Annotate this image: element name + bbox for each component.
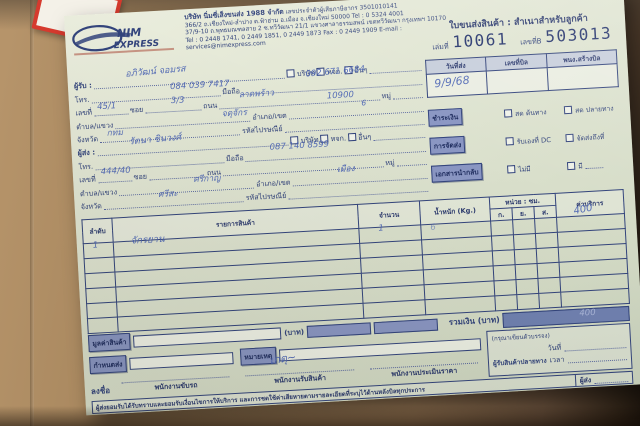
hw-recipient-house: 45/1 [97, 102, 117, 112]
pickup-dc-option: รับเองที่ DC [505, 133, 566, 147]
hw-recipient-district: จตุจักร [222, 109, 248, 119]
postcode-label: รหัสไปรษณีย์ [245, 192, 286, 202]
sender-moo-line [396, 157, 426, 167]
soi-label: ซอย [133, 173, 147, 182]
sticker-partial-glyph: ห้ [50, 0, 73, 4]
sender-sign-cell: ผู้ส่ง [574, 372, 632, 386]
hw-item-desc: จักรยาน [130, 235, 164, 246]
delivery-chip: การจัดส่ง [429, 135, 465, 154]
hw-recipient-soi: 3/3 [171, 96, 185, 105]
signbox-time-line [567, 352, 627, 363]
road-label: ถนน [203, 102, 218, 111]
hw-sender-province: ศรีสะ [158, 190, 178, 200]
options-panel: ชำระเงิน สด ต้นทาง สด ปลายทาง การจัดส่ง … [427, 93, 625, 188]
no-docs-option: ไม่มี [507, 161, 568, 175]
office-use-box-1 [307, 322, 372, 338]
bill-staff-cell [547, 64, 618, 91]
destination-receiver-label: ผู้รับสินค้าปลายทาง [493, 358, 547, 368]
logo-text-nim: NIM [117, 26, 142, 40]
bottom-shadow [0, 406, 640, 426]
deliver-label: จัดส่งถึงที่ [576, 131, 604, 144]
cash-dest-label: สด ปลายทาง [575, 102, 614, 115]
book-number: 10061 [452, 31, 508, 50]
sender-label: ผู้ส่ง : [77, 149, 95, 158]
payment-chip: ชำระเงิน [428, 107, 463, 126]
recipient-moo-line [393, 90, 423, 100]
office-use-box-2 [374, 318, 439, 334]
destination-receiver-box: (กรุณาเขียนตัวบรรจง) วันที่ ผู้รับสินค้า… [486, 323, 632, 377]
due-date-box [129, 352, 234, 370]
hw-item-weight: 6 [430, 224, 436, 233]
recipient-company-checkbox [287, 70, 295, 78]
has-docs-checkbox [567, 161, 575, 169]
hw-total: 400 [579, 309, 596, 318]
has-docs-option: มี [567, 157, 626, 171]
number-label: เลขที่B [520, 37, 542, 46]
signbox-date-label: วันที่ [547, 344, 561, 353]
sender-postcode-line [288, 184, 428, 200]
company-header: บริษัท นิ่มซี่เส็งขนส่ง 1988 จำกัด เลขปร… [184, 0, 448, 52]
hw-recipient-moo: 6 [361, 99, 366, 107]
other-checkbox-label: อื่นๆ [358, 133, 372, 142]
moo-label: หมู่ [385, 159, 395, 167]
province-label: จังหวัด [80, 202, 102, 211]
hw-recipient-postcode: 10900 [327, 91, 354, 101]
dispatch-info-table: วันที่ส่ง เลขที่บิล พนง.สร้างบิล [425, 49, 619, 98]
address-fields: ผู้รับ : บริษัท หจก. อื่นๆ โทร. มือถือ เ… [73, 58, 428, 211]
sum-label: รวมเงิน (บาท) [449, 316, 501, 328]
sign-label: ลงชื่อ [91, 387, 111, 397]
partnership-checkbox-label: หจก. [330, 135, 346, 144]
hw-item-qty: 1 [378, 224, 384, 233]
cash-origin-option: สด ต้นทาง [504, 105, 565, 119]
cardboard-crease [30, 0, 34, 426]
hw-recipient-province: กทม [106, 129, 123, 138]
cash-origin-checkbox [504, 109, 512, 117]
sender-sign-line [594, 374, 628, 384]
hw-sender-house: 444/40 [101, 167, 131, 177]
baht-label: (บาท) [284, 328, 304, 337]
mobile-label: มือถือ [226, 154, 244, 163]
no-docs-label: ไม่มี [518, 163, 531, 175]
return-docs-chip: เอกสารนำกลับ [431, 162, 483, 182]
deliver-checkbox [565, 133, 573, 141]
signbox-date-line [564, 340, 626, 351]
soi-label: ซอย [130, 106, 144, 115]
cash-dest-option: สด ปลายทาง [564, 102, 623, 116]
pickup-dc-checkbox [505, 137, 513, 145]
house-no-label: เลขที่ [75, 109, 92, 118]
col-qty-header: จำนวน [357, 201, 420, 228]
moo-label: หมู่ [381, 92, 391, 100]
goods-value-chip: มูลค่าสินค้า [88, 333, 131, 352]
no-docs-checkbox [507, 165, 515, 173]
document-number: 503013 [545, 25, 613, 45]
phone-label: โทร. [78, 162, 93, 171]
house-no-label: เลขที่ [79, 176, 96, 185]
book-label: เล่มที่ [432, 43, 449, 52]
signbox-time-label: เวลา [549, 356, 564, 365]
hw-sender-subdistrict: ศรีกาญ [193, 175, 221, 185]
hw-recipient-road: ลาดพร้าว [238, 89, 274, 99]
has-docs-label: มี [578, 160, 583, 171]
bill-no-cell [486, 68, 549, 94]
sender-sign-label: ผู้ส่ง [579, 374, 591, 386]
due-date-chip: กำหนดส่ง [89, 355, 127, 374]
deliver-option: จัดส่งถึงที่ [565, 129, 624, 143]
recipient-label: ผู้รับ : [74, 82, 92, 91]
province-label: จังหวัด [77, 135, 99, 144]
pickup-dc-label: รับเองที่ DC [516, 134, 551, 147]
cash-dest-checkbox [564, 105, 572, 113]
sender-other-checkbox [348, 133, 356, 141]
hw-sender-district: เมือง [337, 165, 355, 174]
shipping-form: NIM EXPRESS บริษัท นิ่มซี่เส็งขนส่ง 1988… [64, 0, 640, 415]
cash-origin-label: สด ต้นทาง [515, 106, 547, 119]
has-docs-line [585, 160, 603, 169]
phone-label: โทร. [75, 96, 90, 105]
hw-item-no: 1 [93, 241, 99, 250]
